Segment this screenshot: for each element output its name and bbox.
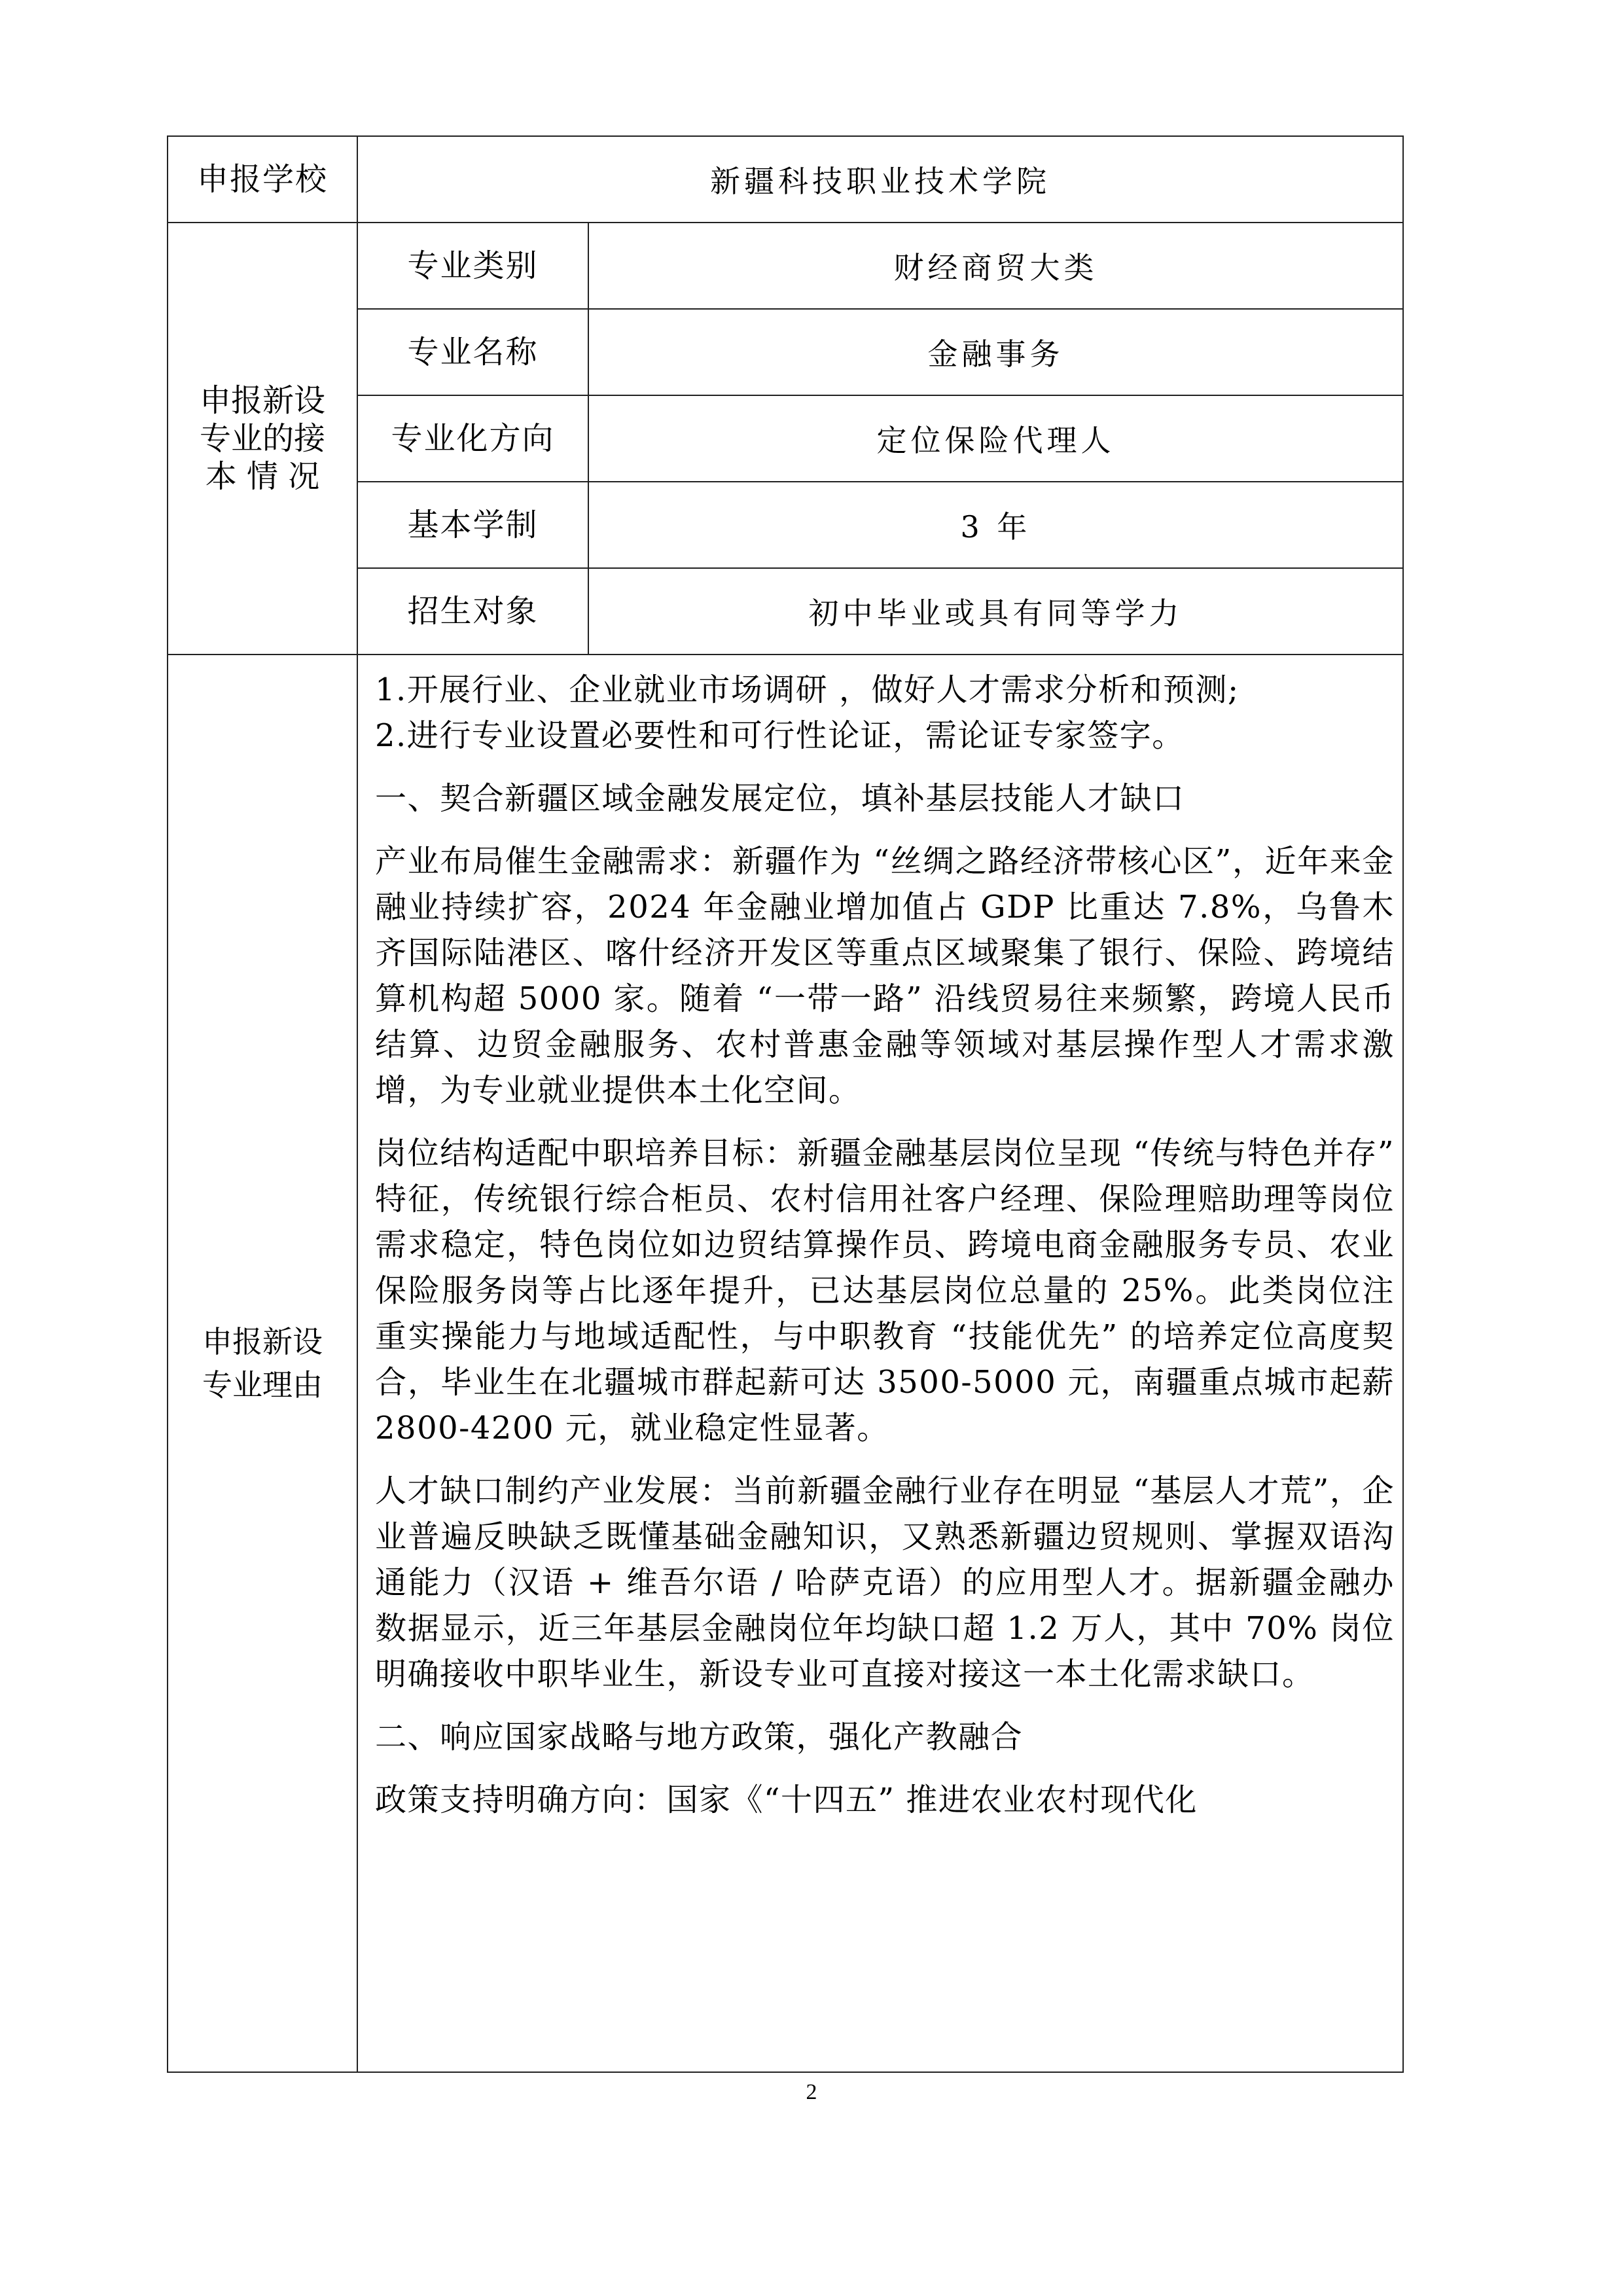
- section-heading: 二、响应国家战略与地方政策，强化产教融合: [375, 1714, 1395, 1760]
- school-row: 申报学校 新疆科技职业技术学院: [168, 136, 1403, 223]
- school-value: 新疆科技职业技术学院: [357, 136, 1403, 223]
- major-name-value: 金融事务: [588, 309, 1403, 395]
- basic-info-row-category: 申报新设 专业的接 本 情 况 专业类别 财经商贸大类: [168, 223, 1403, 309]
- reason-label-line: 申报新设: [168, 1320, 357, 1363]
- basic-info-label-line: 专业的接: [168, 420, 357, 457]
- application-form-table: 申报学校 新疆科技职业技术学院 申报新设 专业的接 本 情 况 专业类别 财经商…: [167, 135, 1404, 2073]
- enrollment-target-value: 初中毕业或具有同等学力: [588, 568, 1403, 655]
- major-direction-label: 专业化方向: [357, 395, 588, 482]
- major-direction-value: 定位保险代理人: [588, 395, 1403, 482]
- instruction-line: 2.进行专业设置必要性和可行性论证，需论证专家签字。: [375, 713, 1395, 759]
- body-paragraph: 产业布局催生金融需求：新疆作为 “丝绸之路经济带核心区”，近年来金融业持续扩容，…: [375, 838, 1395, 1113]
- basic-info-label-line: 申报新设: [168, 382, 357, 420]
- basic-info-label-line: 本 情 况: [168, 457, 357, 495]
- major-category-value: 财经商贸大类: [588, 223, 1403, 309]
- section-heading: 一、契合新疆区域金融发展定位，填补基层技能人才缺口: [375, 776, 1395, 821]
- basic-info-label: 申报新设 专业的接 本 情 况: [168, 223, 357, 655]
- study-duration-value: 3 年: [588, 482, 1403, 568]
- document-page: 申报学校 新疆科技职业技术学院 申报新设 专业的接 本 情 况 专业类别 财经商…: [0, 0, 1623, 2296]
- body-paragraph: 人才缺口制约产业发展：当前新疆金融行业存在明显 “基层人才荒”，企业普遍反映缺乏…: [375, 1468, 1395, 1697]
- major-category-label: 专业类别: [357, 223, 588, 309]
- study-duration-label: 基本学制: [357, 482, 588, 568]
- instruction-line: 1.开展行业、企业就业市场调研 ，做好人才需求分析和预测;: [375, 667, 1395, 713]
- reason-row: 申报新设 专业理由 1.开展行业、企业就业市场调研 ，做好人才需求分析和预测; …: [168, 655, 1403, 2072]
- page-number: 2: [0, 2080, 1623, 2105]
- enrollment-target-label: 招生对象: [357, 568, 588, 655]
- reason-label-line: 专业理由: [168, 1363, 357, 1407]
- body-paragraph: 岗位结构适配中职培养目标：新疆金融基层岗位呈现 “传统与特色并存” 特征，传统银…: [375, 1130, 1395, 1451]
- major-name-label: 专业名称: [357, 309, 588, 395]
- reason-content: 1.开展行业、企业就业市场调研 ，做好人才需求分析和预测; 2.进行专业设置必要…: [357, 655, 1403, 2072]
- school-label: 申报学校: [168, 136, 357, 223]
- reason-label: 申报新设 专业理由: [168, 655, 357, 2072]
- body-paragraph: 政策支持明确方向：国家《“十四五” 推进农业农村现代化: [375, 1777, 1395, 1823]
